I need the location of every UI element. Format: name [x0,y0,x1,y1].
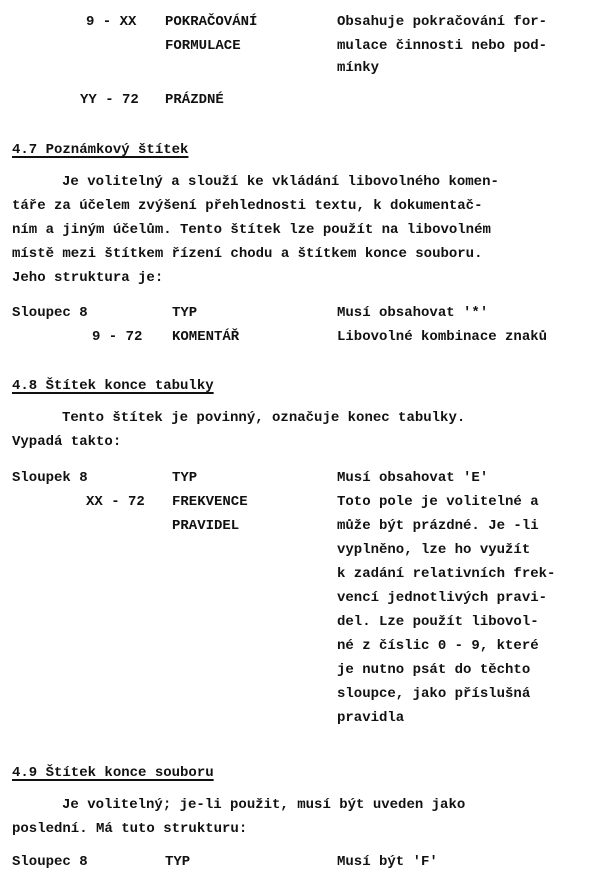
paragraph-line: Je volitelný a slouží ke vkládání libovo… [62,174,499,190]
row-name: TYP [172,305,197,321]
row-desc: pravidla [337,710,404,726]
row-name: TYP [165,854,190,870]
section-heading: 4.7 Poznámkový štítek [12,142,188,158]
row-desc: Musí obsahovat 'E' [337,470,488,486]
section-heading: 4.9 Štítek konce souboru [12,765,214,781]
row-name: KOMENTÁŘ [172,329,239,345]
paragraph-line: Jeho struktura je: [12,270,163,286]
row-name: POKRAČOVÁNÍ [165,14,257,30]
row-cols: 9 - 72 [92,329,142,345]
paragraph-line: poslední. Má tuto strukturu: [12,821,247,837]
row-cols: Sloupec 8 [12,305,88,321]
row-desc: je nutno psát do těchto [337,662,530,678]
paragraph-line: místě mezi štítkem řízení chodu a štítke… [12,246,482,262]
paragraph-line: Je volitelný; je-li použit, musí být uve… [62,797,465,813]
row-name: FREKVENCE [172,494,248,510]
row-desc: Obsahuje pokračování for- [337,14,547,30]
section-heading: 4.8 Štítek konce tabulky [12,378,214,394]
row-desc: Musí obsahovat '*' [337,305,488,321]
row-cols: Sloupek 8 [12,470,88,486]
row-desc: Toto pole je volitelné a [337,494,539,510]
paragraph-line: táře za účelem zvýšení přehlednosti text… [12,198,482,214]
row-desc: může být prázdné. Je -li [337,518,539,534]
row-desc: mínky [337,60,379,76]
row-desc: Libovolné kombinace znaků [337,329,547,345]
paragraph-line: Tento štítek je povinný, označuje konec … [62,410,465,426]
row-name: TYP [172,470,197,486]
row-name: PRÁZDNÉ [165,92,224,108]
row-cols: YY - 72 [80,92,139,108]
row-desc: del. Lze použít libovol- [337,614,539,630]
row-cols: 9 - XX [86,14,136,30]
row-desc: vyplněno, lze ho využít [337,542,530,558]
row-cols: Sloupec 8 [12,854,88,870]
row-desc: né z číslic 0 - 9, které [337,638,539,654]
paragraph-line: Vypadá takto: [12,434,121,450]
row-desc: sloupce, jako příslušná [337,686,530,702]
paragraph-line: ním a jiným účelům. Tento štítek lze pou… [12,222,491,238]
row-desc: vencí jednotlivých pravi- [337,590,547,606]
row-cols: XX - 72 [86,494,145,510]
row-desc: k zadání relativních frek- [337,566,555,582]
row-name-cont: PRAVIDEL [172,518,239,534]
row-desc: Musí být 'F' [337,854,438,870]
row-name-cont: FORMULACE [165,38,241,54]
row-desc: mulace činnosti nebo pod- [337,38,547,54]
